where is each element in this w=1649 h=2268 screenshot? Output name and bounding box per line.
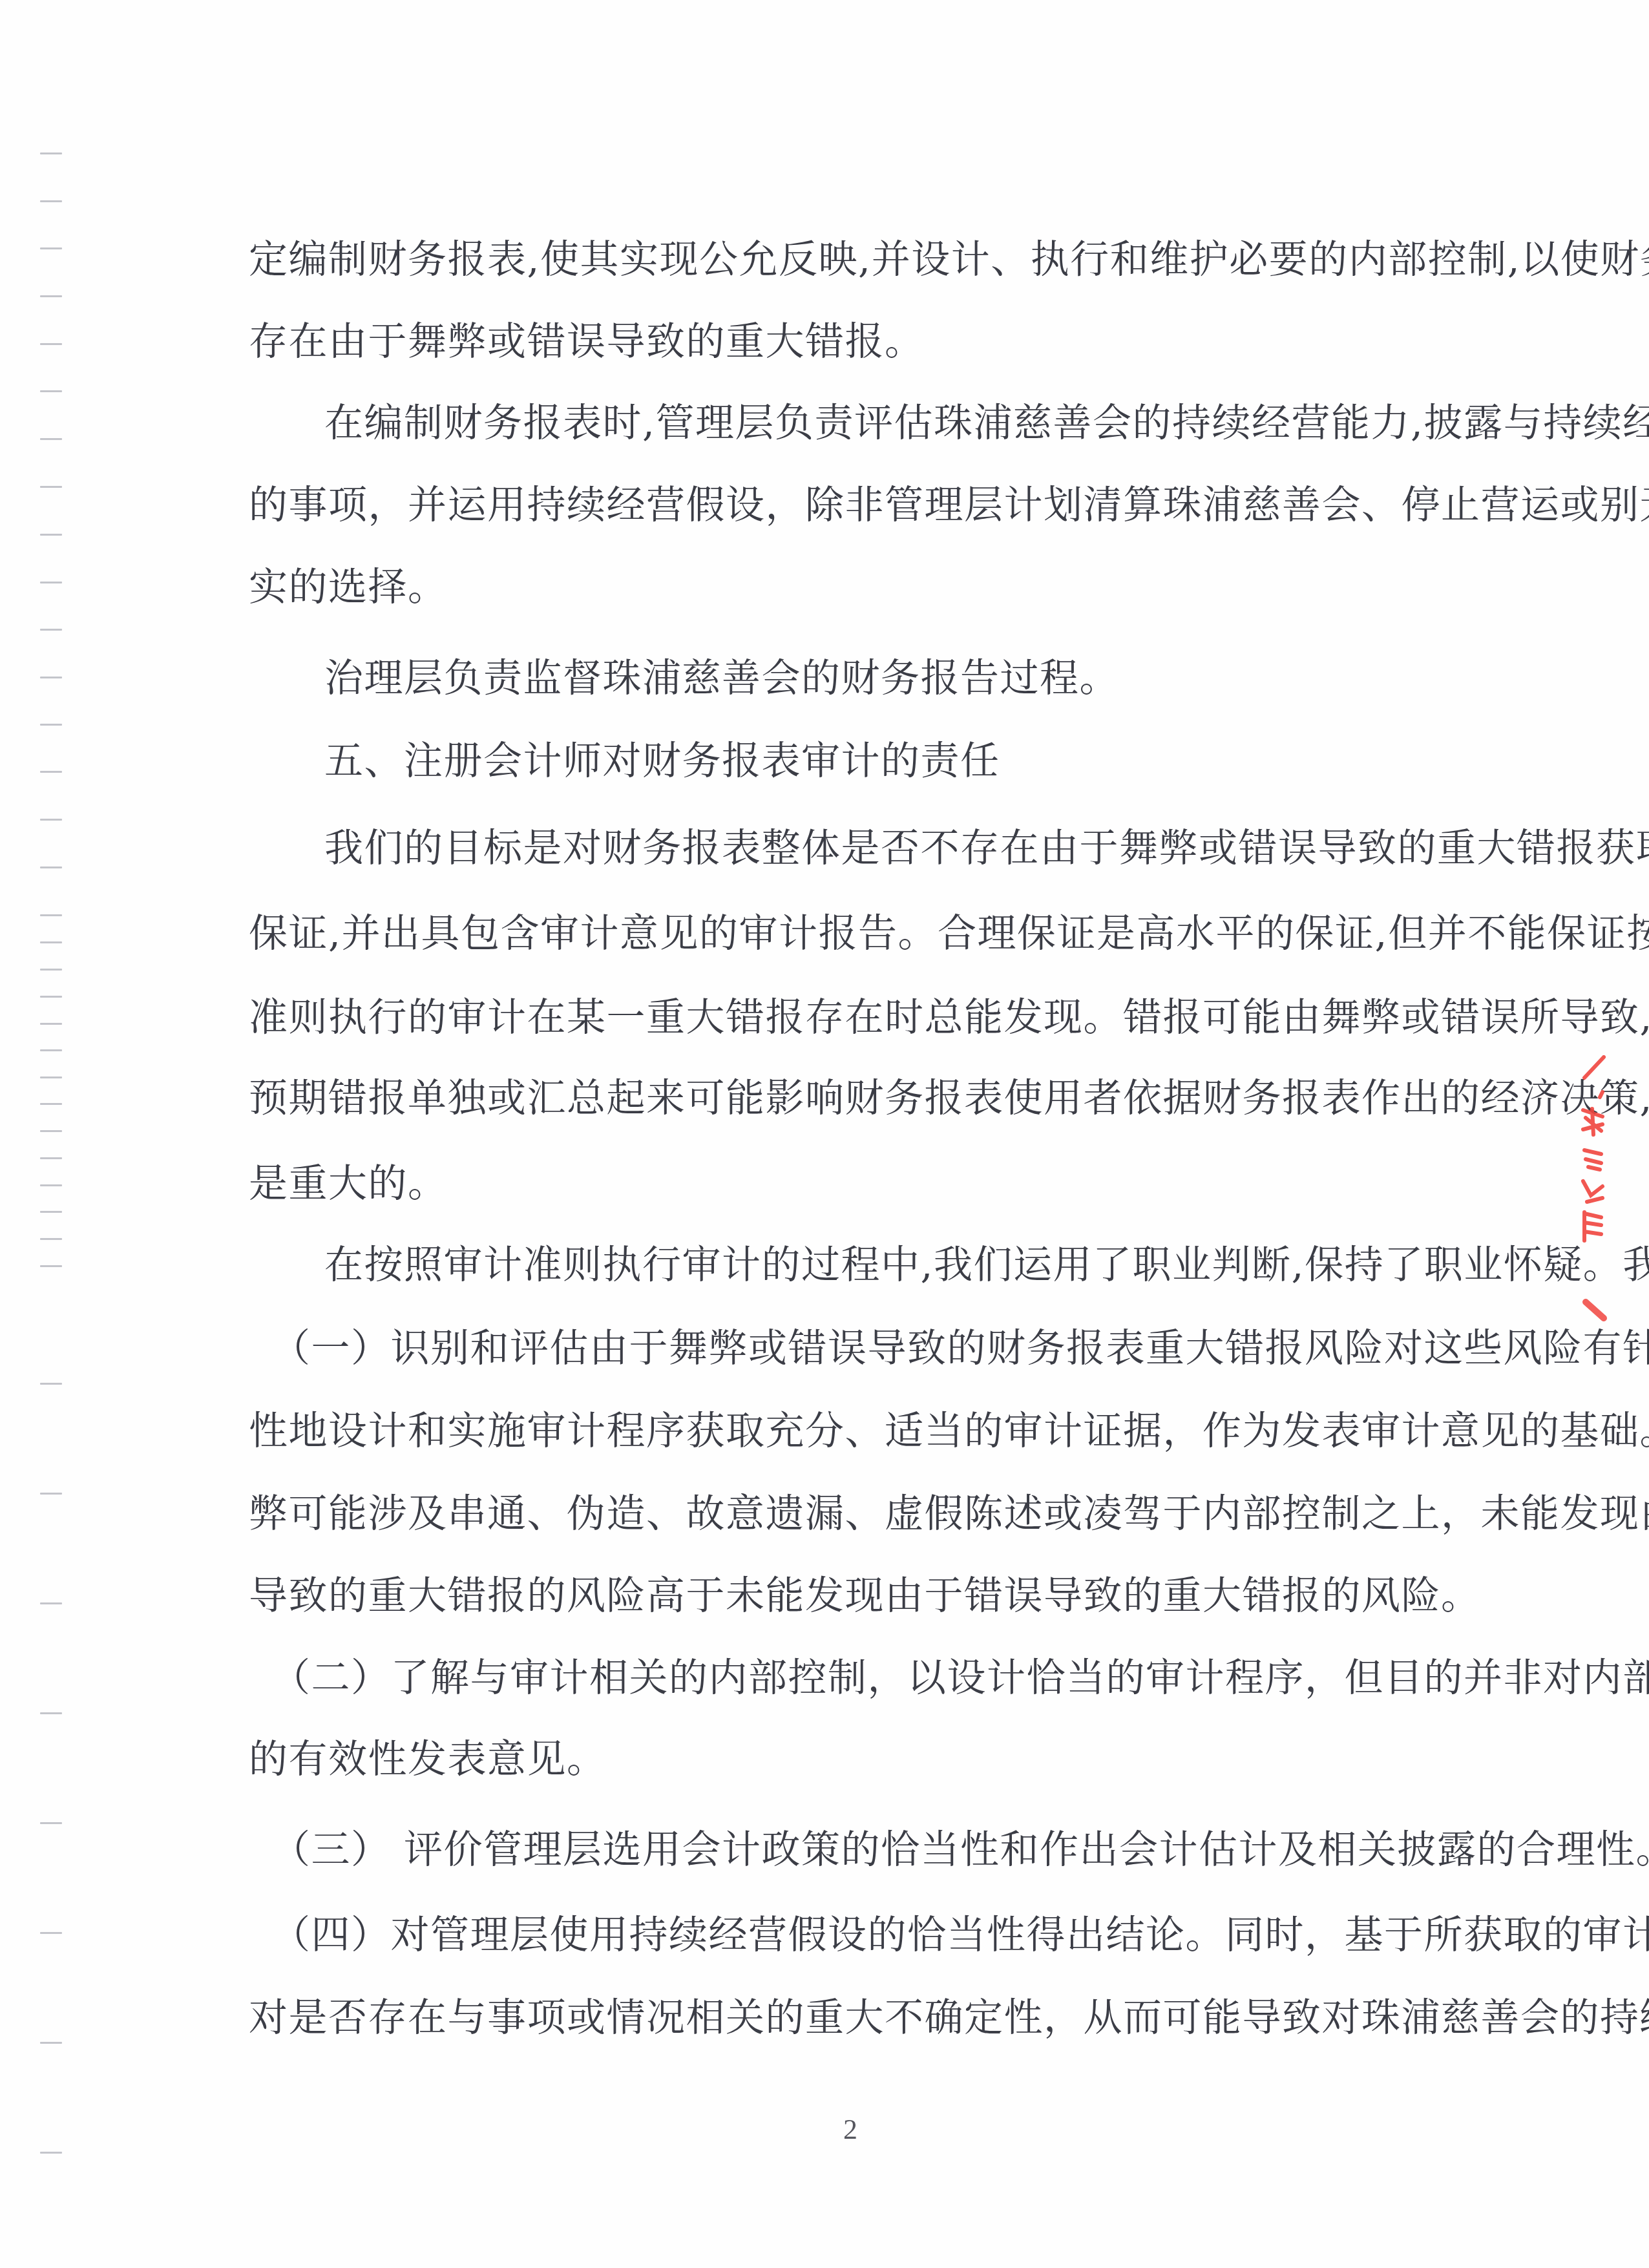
binding-mark <box>40 1932 62 1934</box>
list-item-line: （四）对管理层使用持续经营假设的恰当性得出结论。同时，基于所获取的审计证据， <box>271 1906 1484 1964</box>
list-item-line: 对是否存在与事项或情况相关的重大不确定性，从而可能导致对珠浦慈善会的持续经营能 <box>249 1989 1484 2047</box>
binding-mark <box>40 2042 62 2044</box>
binding-mark <box>40 247 62 249</box>
binding-mark <box>40 771 62 773</box>
binding-mark <box>40 1383 62 1385</box>
binding-mark <box>40 390 62 392</box>
paragraph-line: 预期错报单独或汇总起来可能影响财务报表使用者依据财务报表作出的经济决策,则错报 <box>249 1069 1484 1128</box>
paragraph-line: 保证,并出具包含审计意见的审计报告。合理保证是高水平的保证,但并不能保证按照审计 <box>249 905 1484 963</box>
binding-mark <box>40 486 62 488</box>
list-item-line: 性地设计和实施审计程序获取充分、适当的审计证据，作为发表审计意见的基础。由于舞 <box>249 1402 1484 1460</box>
binding-mark <box>40 629 62 631</box>
binding-mark <box>40 152 62 154</box>
list-item-line: （三） 评价管理层选用会计政策的恰当性和作出会计估计及相关披露的合理性。 <box>271 1821 1507 1879</box>
list-item-line: （一）识别和评估由于舞弊或错误导致的财务报表重大错报风险对这些风险有针对 <box>271 1319 1484 1378</box>
binding-mark <box>40 1493 62 1495</box>
list-item-line: 导致的重大错报的风险高于未能发现由于错误导致的重大错报的风险。 <box>249 1567 1484 1625</box>
binding-mark <box>40 1712 62 1714</box>
binding-mark <box>40 1076 62 1078</box>
binding-mark <box>40 438 62 440</box>
binding-mark <box>40 819 62 821</box>
paragraph-line: 准则执行的审计在某一重大错报存在时总能发现。错报可能由舞弊或错误所导致,如果合理 <box>249 989 1484 1047</box>
paragraph-line: 的事项，并运用持续经营假设，除非管理层计划清算珠浦慈善会、停止营运或别无其他现 <box>249 476 1484 534</box>
binding-mark <box>40 1211 62 1213</box>
binding-mark <box>40 1130 62 1132</box>
binding-mark <box>40 1238 62 1240</box>
binding-mark <box>40 534 62 536</box>
paragraph-line: 存在由于舞弊或错误导致的重大错报。 <box>249 313 1484 371</box>
binding-mark <box>40 1157 62 1159</box>
binding-mark <box>40 677 62 678</box>
list-item-line: （二）了解与审计相关的内部控制，以设计恰当的审计程序，但目的并非对内部控制 <box>271 1649 1484 1707</box>
binding-mark <box>40 1822 62 1824</box>
list-item-line: 的有效性发表意见。 <box>249 1730 1484 1789</box>
binding-mark <box>40 1103 62 1105</box>
list-item-line: 弊可能涉及串通、伪造、故意遗漏、虚假陈述或凌驾于内部控制之上，未能发现由于舞弊 <box>249 1485 1484 1543</box>
paragraph-line: 我们的目标是对财务报表整体是否不存在由于舞弊或错误导致的重大错报获取合理 <box>324 819 1484 877</box>
binding-mark <box>40 1023 62 1025</box>
seal-stamp-icon <box>1577 1053 1615 1338</box>
paragraph-line: 是重大的。 <box>249 1155 1484 1213</box>
binding-mark <box>40 1049 62 1051</box>
binding-mark <box>40 200 62 202</box>
binding-mark <box>40 343 62 345</box>
binding-mark <box>40 941 62 943</box>
binding-mark <box>40 866 62 868</box>
binding-mark <box>40 914 62 916</box>
binding-mark <box>40 1184 62 1186</box>
binding-mark <box>40 1265 62 1267</box>
binding-mark <box>40 295 62 297</box>
page-number: 2 <box>837 2113 863 2146</box>
document-page: 定编制财务报表,使其实现公允反映,并设计、执行和维护必要的内部控制,以使财务报表… <box>0 0 1649 2268</box>
paragraph-line: 在按照审计准则执行审计的过程中,我们运用了职业判断,保持了职业怀疑。我们同时: <box>324 1236 1484 1294</box>
section-heading: 五、注册会计师对财务报表审计的责任 <box>324 732 1484 790</box>
binding-mark <box>40 724 62 726</box>
paragraph-line: 在编制财务报表时,管理层负责评估珠浦慈善会的持续经营能力,披露与持续经营相关 <box>324 394 1484 452</box>
binding-mark <box>40 582 62 583</box>
binding-mark <box>40 996 62 998</box>
paragraph-line: 实的选择。 <box>249 558 1484 616</box>
binding-mark <box>40 2152 62 2154</box>
binding-mark <box>40 1602 62 1604</box>
paragraph-line: 定编制财务报表,使其实现公允反映,并设计、执行和维护必要的内部控制,以使财务报表… <box>249 231 1484 289</box>
binding-mark <box>40 969 62 971</box>
paragraph-line: 治理层负责监督珠浦慈善会的财务报告过程。 <box>324 649 1484 708</box>
